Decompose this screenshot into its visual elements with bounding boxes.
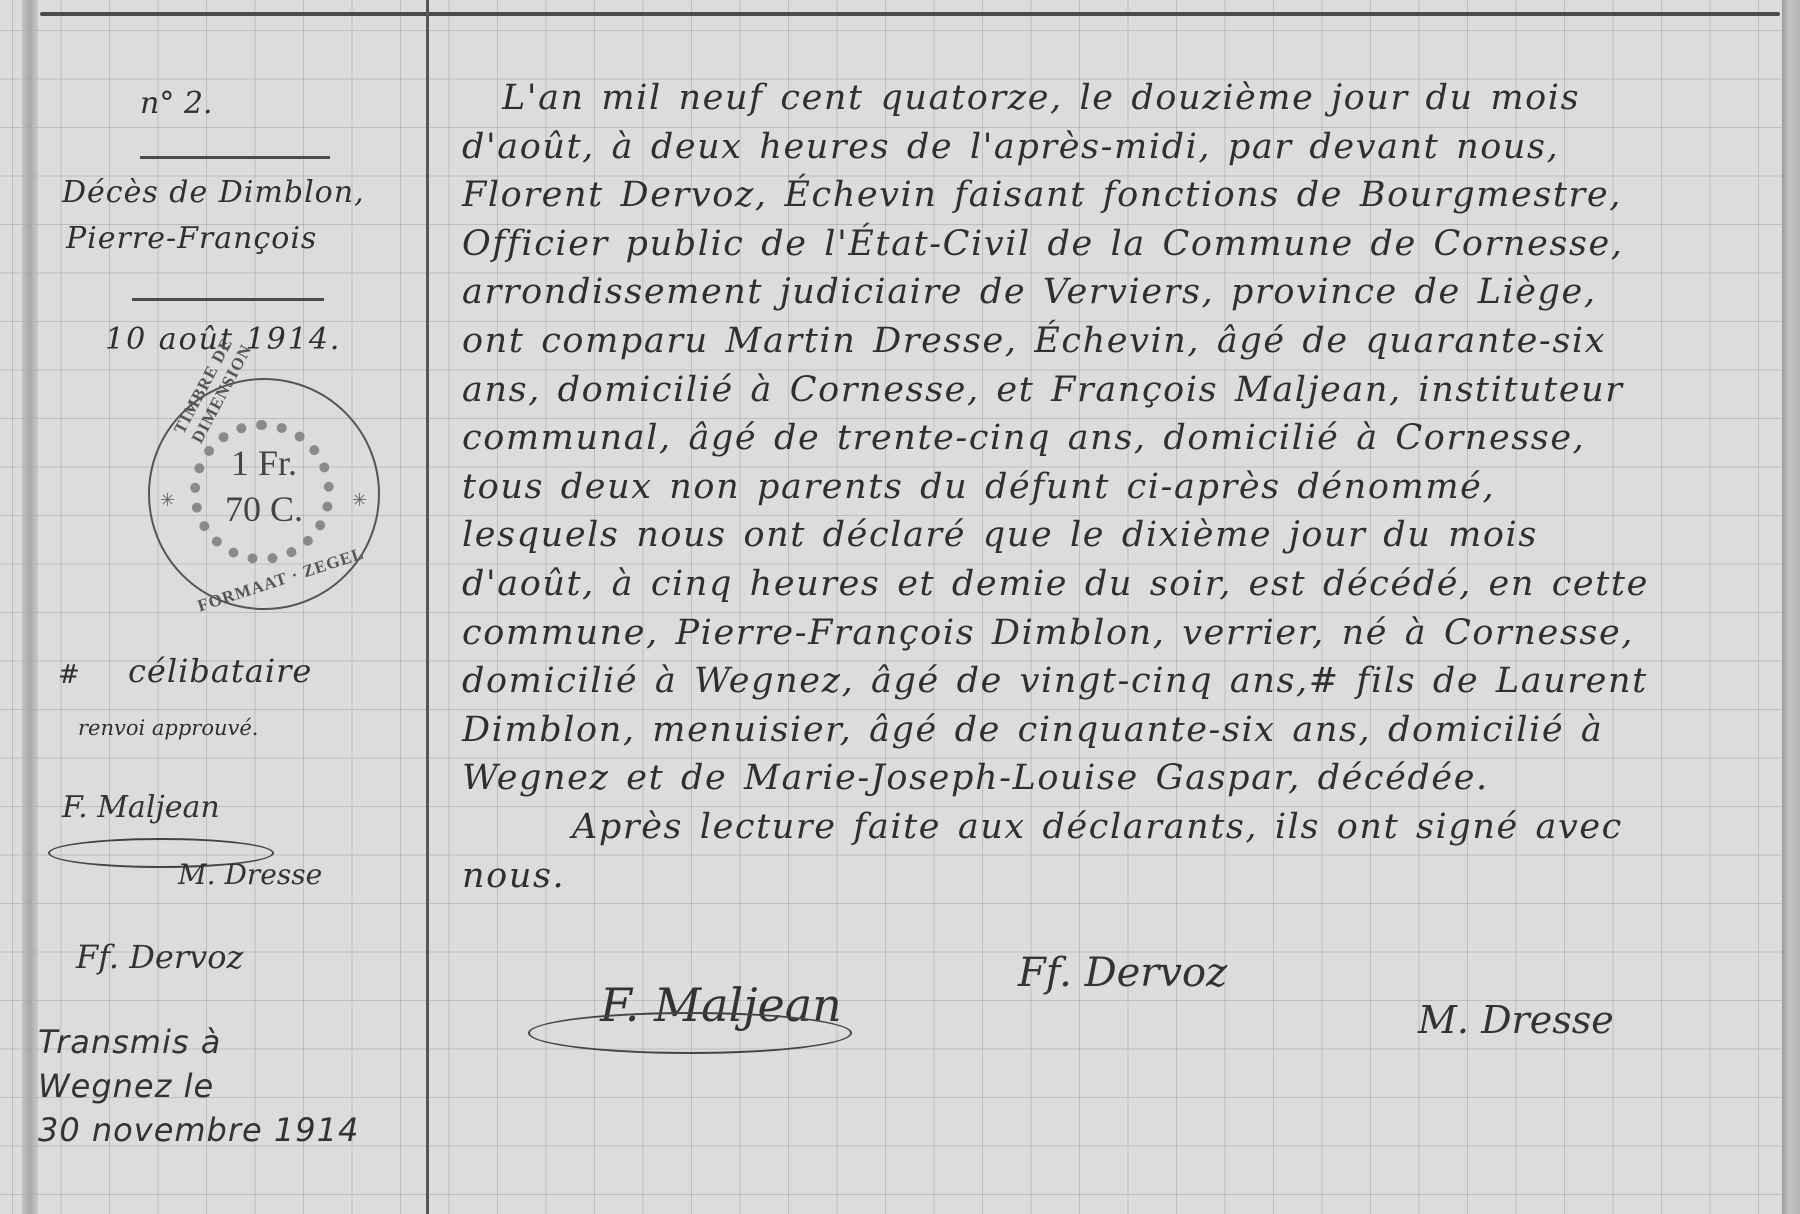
margin-signature-maljean: F. Maljean <box>62 790 220 825</box>
margin-signature-dresse: M. Dresse <box>178 858 322 891</box>
body-line: ans, domicilié à Cornesse, et François M… <box>462 366 1762 415</box>
fiscal-stamp: TIMBRE DE DIMENSION 1 Fr. 70 C. ✳ ✳ FORM… <box>148 378 380 610</box>
body-line: Officier public de l'État-Civil de la Co… <box>462 220 1762 269</box>
body-line: Wegnez et de Marie-Joseph-Louise Gaspar,… <box>462 754 1762 803</box>
annotation-renvoi-approuve: renvoi approuvé. <box>78 716 258 740</box>
signature-dervoz: Ff. Dervoz <box>1018 950 1227 996</box>
page-right-edge <box>1782 0 1800 1214</box>
margin-signature-dervoz: Ff. Dervoz <box>76 938 243 976</box>
star-icon: ✳ <box>160 490 175 511</box>
transmission-line3: 30 novembre 1914 <box>38 1108 359 1152</box>
body-line: d'août, à deux heures de l'après-midi, p… <box>462 123 1762 172</box>
stamp-value-centimes: 70 C. <box>150 488 378 530</box>
body-line: d'août, à cinq heures et demie du soir, … <box>462 560 1762 609</box>
body-line: ont comparu Martin Dresse, Échevin, âgé … <box>462 317 1762 366</box>
transmission-note: Transmis à Wegnez le 30 novembre 1914 <box>38 1020 359 1152</box>
body-line: Après lecture faite aux déclarants, ils … <box>462 803 1762 852</box>
annotation-celibataire: célibataire <box>128 652 312 690</box>
top-rule-line <box>40 12 1780 16</box>
body-line: L'an mil neuf cent quatorze, le douzième… <box>462 74 1762 123</box>
star-icon: ✳ <box>352 490 367 511</box>
register-page: n° 2. Décès de Dimblon, Pierre-François … <box>0 0 1785 1214</box>
divider-bottom <box>132 298 324 301</box>
annotation-marker: # <box>58 660 80 690</box>
body-line: lesquels nous ont déclaré que le dixième… <box>462 511 1762 560</box>
body-line: Dimblon, menuisier, âgé de cinquante-six… <box>462 706 1762 755</box>
divider-top <box>140 156 330 159</box>
body-line: nous. <box>462 852 1762 901</box>
deces-title: Décès de Dimblon, Pierre-François <box>62 170 432 262</box>
page-binding-edge <box>22 0 38 1214</box>
transmission-line2: Wegnez le <box>38 1064 359 1108</box>
body-line: tous deux non parents du défunt ci-après… <box>462 463 1762 512</box>
body-line: domicilié à Wegnez, âgé de vingt-cinq an… <box>462 657 1762 706</box>
act-body: L'an mil neuf cent quatorze, le douzième… <box>462 74 1762 900</box>
signature-dresse: M. Dresse <box>1418 998 1614 1042</box>
stamp-value-francs: 1 Fr. <box>150 442 378 484</box>
entry-number: n° 2. <box>140 86 212 121</box>
body-line: Florent Dervoz, Échevin faisant fonction… <box>462 171 1762 220</box>
body-line: commune, Pierre-François Dimblon, verrie… <box>462 609 1762 658</box>
deces-title-line2: Pierre-François <box>62 216 432 262</box>
signature-flourish <box>528 1012 852 1054</box>
body-line: communal, âgé de trente-cinq ans, domici… <box>462 414 1762 463</box>
transmission-line1: Transmis à <box>38 1020 359 1064</box>
deces-title-line1: Décès de Dimblon, <box>62 170 432 216</box>
body-line: arrondissement judiciaire de Verviers, p… <box>462 268 1762 317</box>
